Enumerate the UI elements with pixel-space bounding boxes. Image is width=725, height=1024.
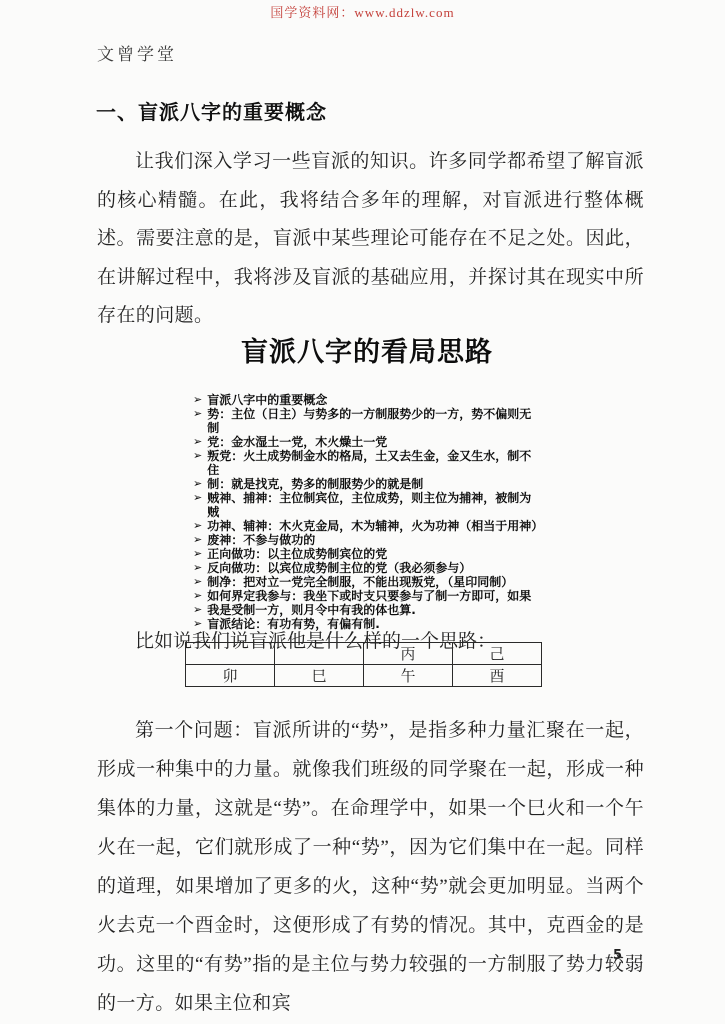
slide-bullet-item: ➢制：就是找克，势多的制服势少的就是制 <box>193 477 541 491</box>
arrow-bullet-icon: ➢ <box>193 561 202 575</box>
slide-bullet-item: ➢叛党：火土成势制金水的格局，土又去生金，金又生水，制不住 <box>193 449 541 477</box>
table-row: 卯 巳 午 酉 <box>186 665 542 687</box>
arrow-bullet-icon: ➢ <box>193 589 202 603</box>
slide-bullet-list: ➢盲派八字中的重要概念 ➢势：主位（日主）与势多的一方制服势少的一方，势不偏则无… <box>193 393 541 631</box>
slide-block: 盲派八字的看局思路 ➢盲派八字中的重要概念 ➢势：主位（日主）与势多的一方制服势… <box>193 330 541 631</box>
slide-bullet-item: ➢正向做功：以主位成势制宾位的党 <box>193 547 541 561</box>
arrow-bullet-icon: ➢ <box>193 603 202 617</box>
arrow-bullet-icon: ➢ <box>193 533 202 547</box>
arrow-bullet-icon: ➢ <box>193 393 202 407</box>
slide-item-text: 如何界定我参与：我坐下或时支只要参与了制一方即可，如果 <box>207 589 531 603</box>
slide-item-text: 废神：不参与做功的 <box>207 533 315 547</box>
bazi-chart-table: 丙 己 卯 巳 午 酉 <box>185 642 542 687</box>
arrow-bullet-icon: ➢ <box>193 547 202 561</box>
slide-item-text: 制净：把对立一党完全制服，不能出现叛党，（星印同制） <box>207 575 513 589</box>
slide-item-text: 贼神、捕神：主位制宾位，主位成势，则主位为捕神，被制为贼 <box>207 491 541 519</box>
arrow-bullet-icon: ➢ <box>193 407 202 421</box>
arrow-bullet-icon: ➢ <box>193 575 202 589</box>
slide-item-text: 势：主位（日主）与势多的一方制服势少的一方，势不偏则无制 <box>207 407 541 435</box>
table-cell: 午 <box>364 665 453 687</box>
arrow-bullet-icon: ➢ <box>193 477 202 491</box>
slide-bullet-item: ➢废神：不参与做功的 <box>193 533 541 547</box>
slide-item-text: 反向做功：以宾位成势制主位的党（我必须参与） <box>207 561 471 575</box>
intro-paragraph: 让我们深入学习一些盲派的知识。许多同学都希望了解盲派的核心精髓。在此，我将结合多… <box>97 143 644 336</box>
slide-bullet-item: ➢反向做功：以宾位成势制主位的党（我必须参与） <box>193 561 541 575</box>
arrow-bullet-icon: ➢ <box>193 519 202 533</box>
slide-item-text: 盲派八字中的重要概念 <box>207 393 327 407</box>
table-cell: 巳 <box>275 665 364 687</box>
discussion-paragraph: 第一个问题：盲派所讲的“势”，是指多种力量汇聚在一起，形成一种集中的力量。就像我… <box>97 711 644 1023</box>
section-title: 一、盲派八字的重要概念 <box>96 96 327 125</box>
slide-item-text: 我是受制一方，则月令中有我的体也算. <box>207 603 416 617</box>
slide-item-text: 正向做功：以主位成势制宾位的党 <box>207 547 387 561</box>
arrow-bullet-icon: ➢ <box>193 435 202 449</box>
slide-bullet-item: ➢如何界定我参与：我坐下或时支只要参与了制一方即可，如果 <box>193 589 541 603</box>
document-page: 国学资料网：www.ddzlw.com 文曾学堂 一、盲派八字的重要概念 让我们… <box>0 0 725 1024</box>
slide-item-text: 功神、辅神：木火克金局，木为辅神，火为功神（相当于用神） <box>207 519 541 533</box>
slide-title: 盲派八字的看局思路 <box>193 330 541 369</box>
table-cell: 丙 <box>364 643 453 665</box>
arrow-bullet-icon: ➢ <box>193 449 202 463</box>
slide-bullet-item: ➢我是受制一方，则月令中有我的体也算. <box>193 603 541 617</box>
arrow-bullet-icon: ➢ <box>193 491 202 505</box>
slide-bullet-item: ➢党：金水湿土一党，木火燥土一党 <box>193 435 541 449</box>
slide-bullet-item: ➢功神、辅神：木火克金局，木为辅神，火为功神（相当于用神） <box>193 519 541 533</box>
table-cell: 己 <box>453 643 542 665</box>
school-name: 文曾学堂 <box>97 40 177 65</box>
page-number: 5 <box>613 948 622 963</box>
slide-item-text: 叛党：火土成势制金水的格局，土又去生金，金又生水，制不住 <box>207 449 541 477</box>
site-watermark: 国学资料网：www.ddzlw.com <box>0 2 725 21</box>
table-row: 丙 己 <box>186 643 542 665</box>
slide-bullet-item: ➢制净：把对立一党完全制服，不能出现叛党，（星印同制） <box>193 575 541 589</box>
table-cell: 酉 <box>453 665 542 687</box>
table-cell <box>275 643 364 665</box>
table-cell <box>186 643 275 665</box>
slide-bullet-item: ➢贼神、捕神：主位制宾位，主位成势，则主位为捕神，被制为贼 <box>193 491 541 519</box>
slide-bullet-item: ➢势：主位（日主）与势多的一方制服势少的一方，势不偏则无制 <box>193 407 541 435</box>
slide-bullet-item: ➢盲派八字中的重要概念 <box>193 393 541 407</box>
table-cell: 卯 <box>186 665 275 687</box>
slide-item-text: 党：金水湿土一党，木火燥土一党 <box>207 435 387 449</box>
slide-item-text: 制：就是找克，势多的制服势少的就是制 <box>207 477 423 491</box>
